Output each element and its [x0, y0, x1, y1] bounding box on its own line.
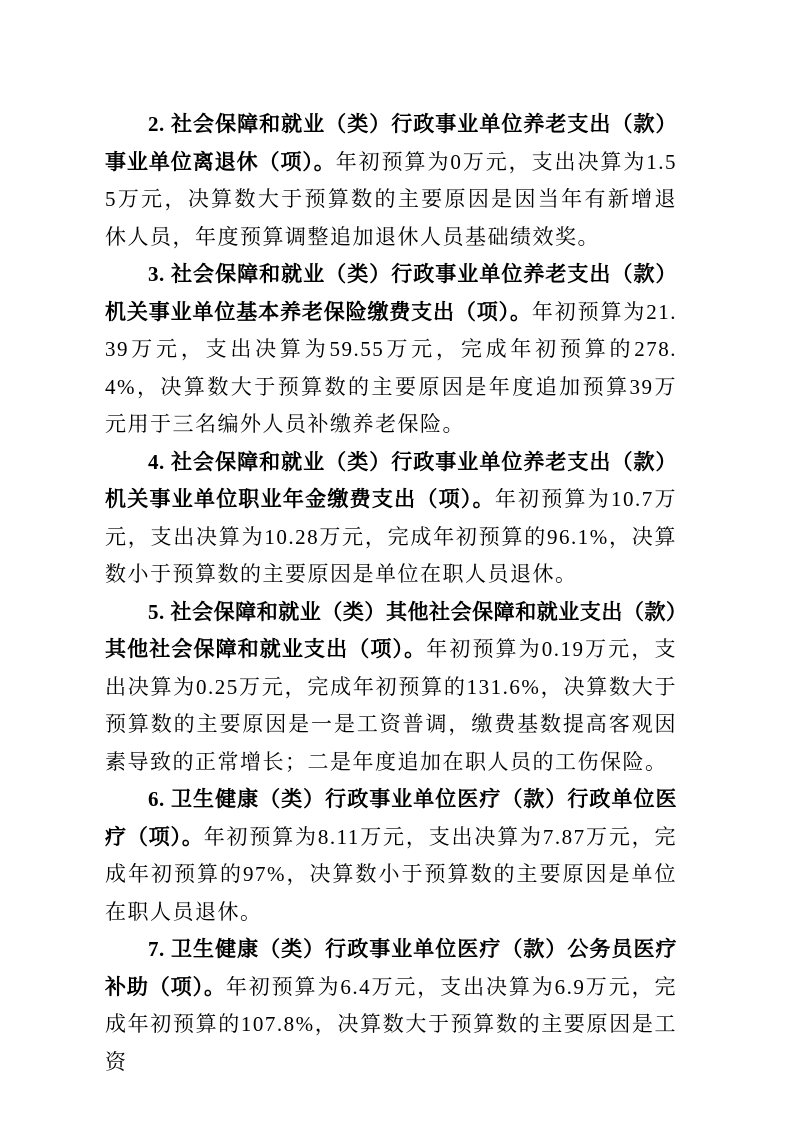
budget-item-paragraph-6: 6. 卫生健康（类）行政事业单位医疗（款）行政单位医疗（项）。年初预算为8.11… [105, 781, 677, 931]
budget-item-paragraph-3: 3. 社会保障和就业（类）行政事业单位养老支出（款）机关事业单位基本养老保险缴费… [105, 256, 677, 444]
budget-item-paragraph-5: 5. 社会保障和就业（类）其他社会保障和就业支出（款）其他社会保障和就业支出（项… [105, 594, 677, 782]
budget-item-paragraph-4: 4. 社会保障和就业（类）行政事业单位养老支出（款）机关事业单位职业年金缴费支出… [105, 444, 677, 594]
document-page: 2. 社会保障和就业（类）行政事业单位养老支出（款）事业单位离退休（项）。年初预… [0, 0, 793, 1122]
budget-item-paragraph-2: 2. 社会保障和就业（类）行政事业单位养老支出（款）事业单位离退休（项）。年初预… [105, 106, 677, 256]
budget-item-paragraph-7: 7. 卫生健康（类）行政事业单位医疗（款）公务员医疗补助（项）。年初预算为6.4… [105, 931, 677, 1081]
